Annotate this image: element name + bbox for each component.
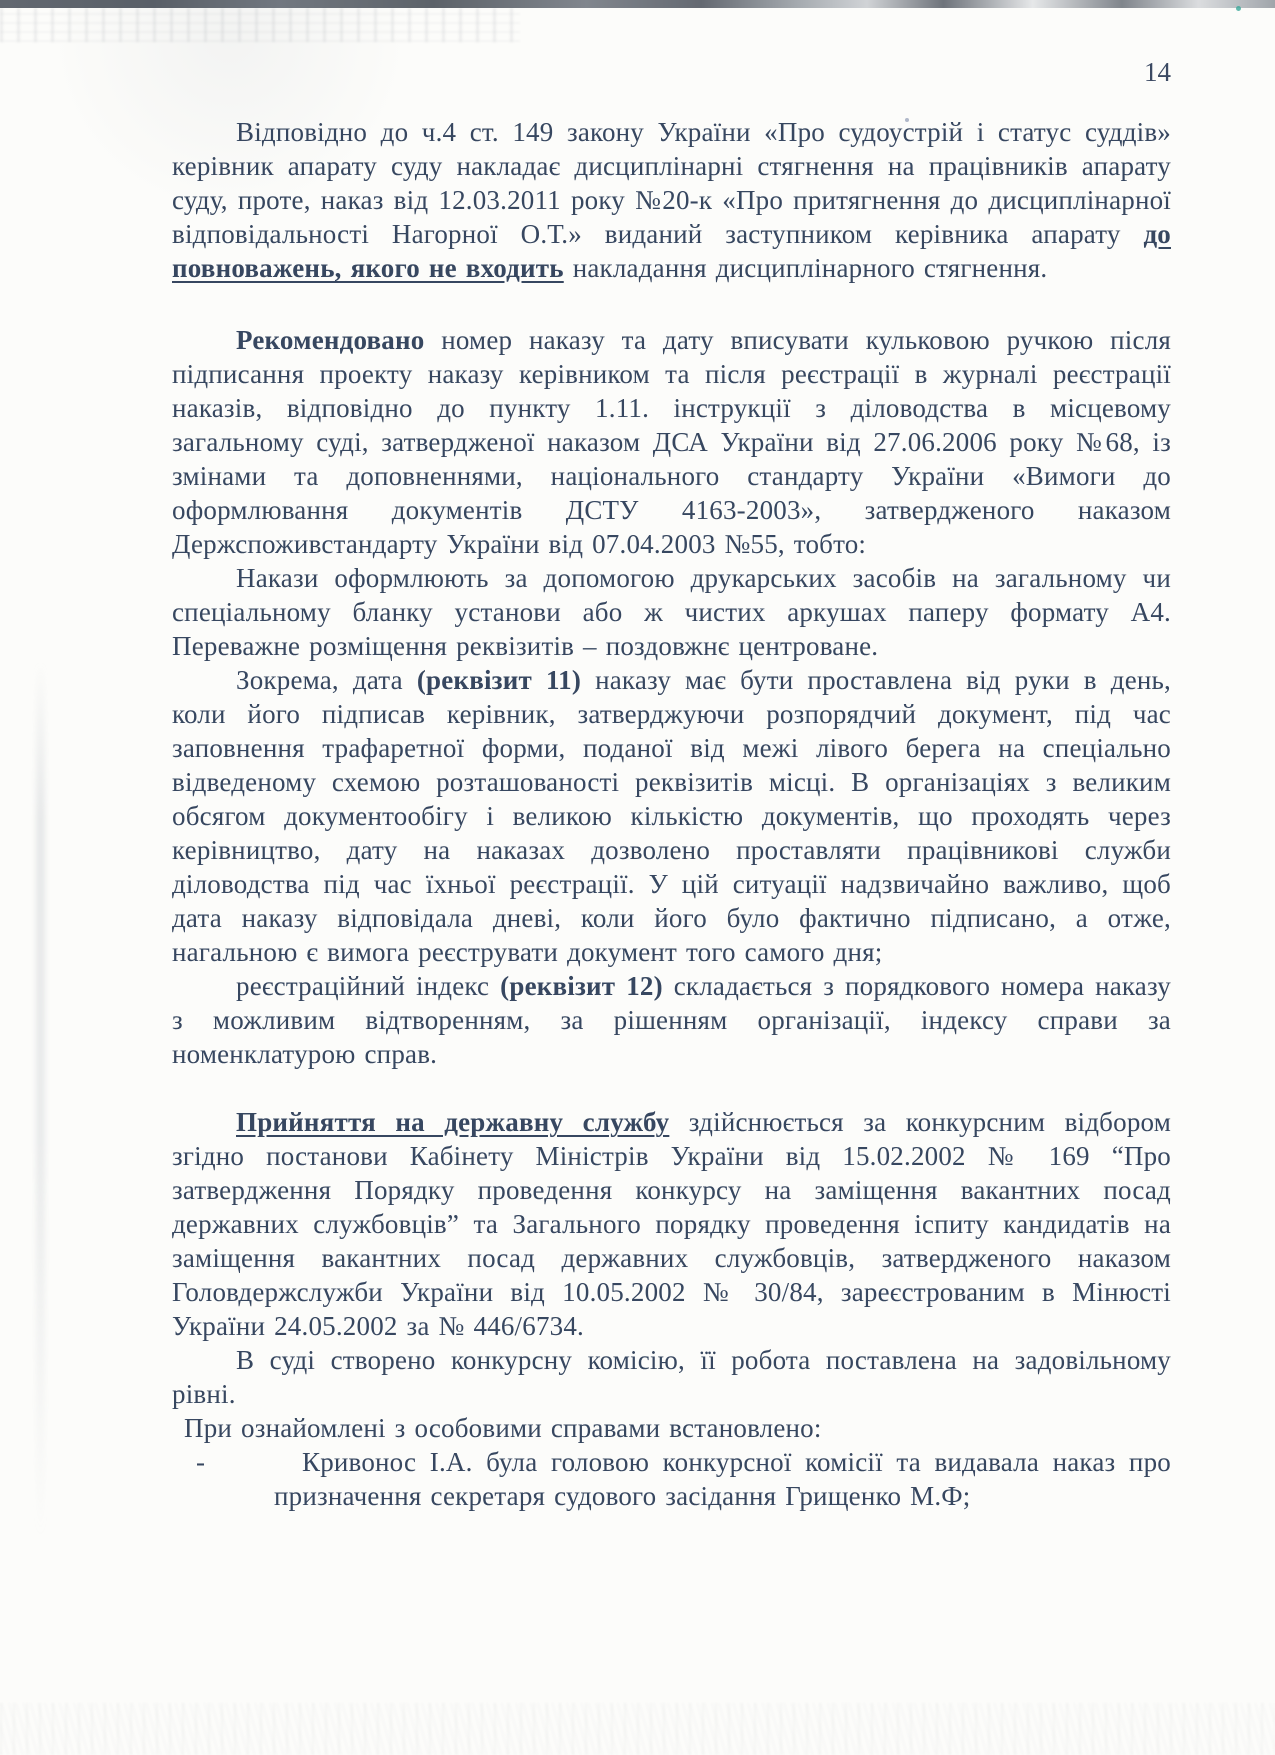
paragraph-commission: В суді створено конкурсну комісію, її ро… xyxy=(172,1343,1171,1411)
paragraph-rekvizyt-12: реєстраційний індекс (реквізит 12) склад… xyxy=(172,969,1171,1071)
page-number: 14 xyxy=(1144,56,1171,88)
paragraph-rekvizyt-11: Зокрема, дата (реквізит 11) наказу має б… xyxy=(172,663,1171,969)
scan-artifact-top-noise xyxy=(0,8,520,42)
rekvizyt-12-bold: (реквізит 12) xyxy=(500,971,663,1001)
section-heading-bold-underline: Прийняття на державну службу xyxy=(236,1107,669,1137)
paragraph-text: При ознайомлені з особовими справами вст… xyxy=(184,1413,822,1443)
paragraph-text: Накази оформлюють за допомогою друкарськ… xyxy=(172,563,1171,661)
paragraph-text: накладання дисциплінарного стягнення. xyxy=(564,253,1048,283)
scan-artifact-top-edge xyxy=(0,0,1275,8)
list-item-text: Кривонос І.А. була головою конкурсної ко… xyxy=(274,1447,1171,1511)
paragraph-order-formatting: Накази оформлюють за допомогою друкарськ… xyxy=(172,561,1171,663)
paragraph-text: здійснюється за конкурсним відбором згід… xyxy=(172,1107,1171,1341)
list-item-kryvonos: -Кривонос І.А. була головою конкурсної к… xyxy=(172,1445,1171,1513)
document-page: 14 Відповідно до ч.4 ст. 149 закону Укра… xyxy=(0,0,1275,1755)
paragraph-case-files-intro: При ознайомлені з особовими справами вст… xyxy=(172,1411,1171,1445)
paragraph-text: номер наказу та дату вписувати кульковою… xyxy=(172,325,1171,559)
dash-bullet-marker: - xyxy=(196,1445,205,1479)
paragraph-civil-service: Прийняття на державну службу здійснюєтьс… xyxy=(172,1105,1171,1343)
paragraph-text: Відповідно до ч.4 ст. 149 закону України… xyxy=(172,117,1171,249)
scan-artifact-left-smudge xyxy=(36,660,45,1540)
paragraph-law-reference: Відповідно до ч.4 ст. 149 закону України… xyxy=(172,115,1171,285)
paragraph-recommendation: Рекомендовано номер наказу та дату впису… xyxy=(172,323,1171,561)
document-body: Відповідно до ч.4 ст. 149 закону України… xyxy=(172,115,1171,1513)
scan-artifact-bottom-noise xyxy=(0,1703,1275,1755)
paragraph-text: Зокрема, дата xyxy=(236,665,417,695)
paragraph-text: В суді створено конкурсну комісію, її ро… xyxy=(172,1345,1171,1409)
paragraph-text: наказу має бути проставлена від руки в д… xyxy=(172,665,1171,967)
paragraph-text: реєстраційний індекс xyxy=(236,971,500,1001)
scan-speck xyxy=(1236,6,1241,11)
rekvizyt-11-bold: (реквізит 11) xyxy=(417,665,581,695)
lead-word-bold: Рекомендовано xyxy=(236,325,424,355)
